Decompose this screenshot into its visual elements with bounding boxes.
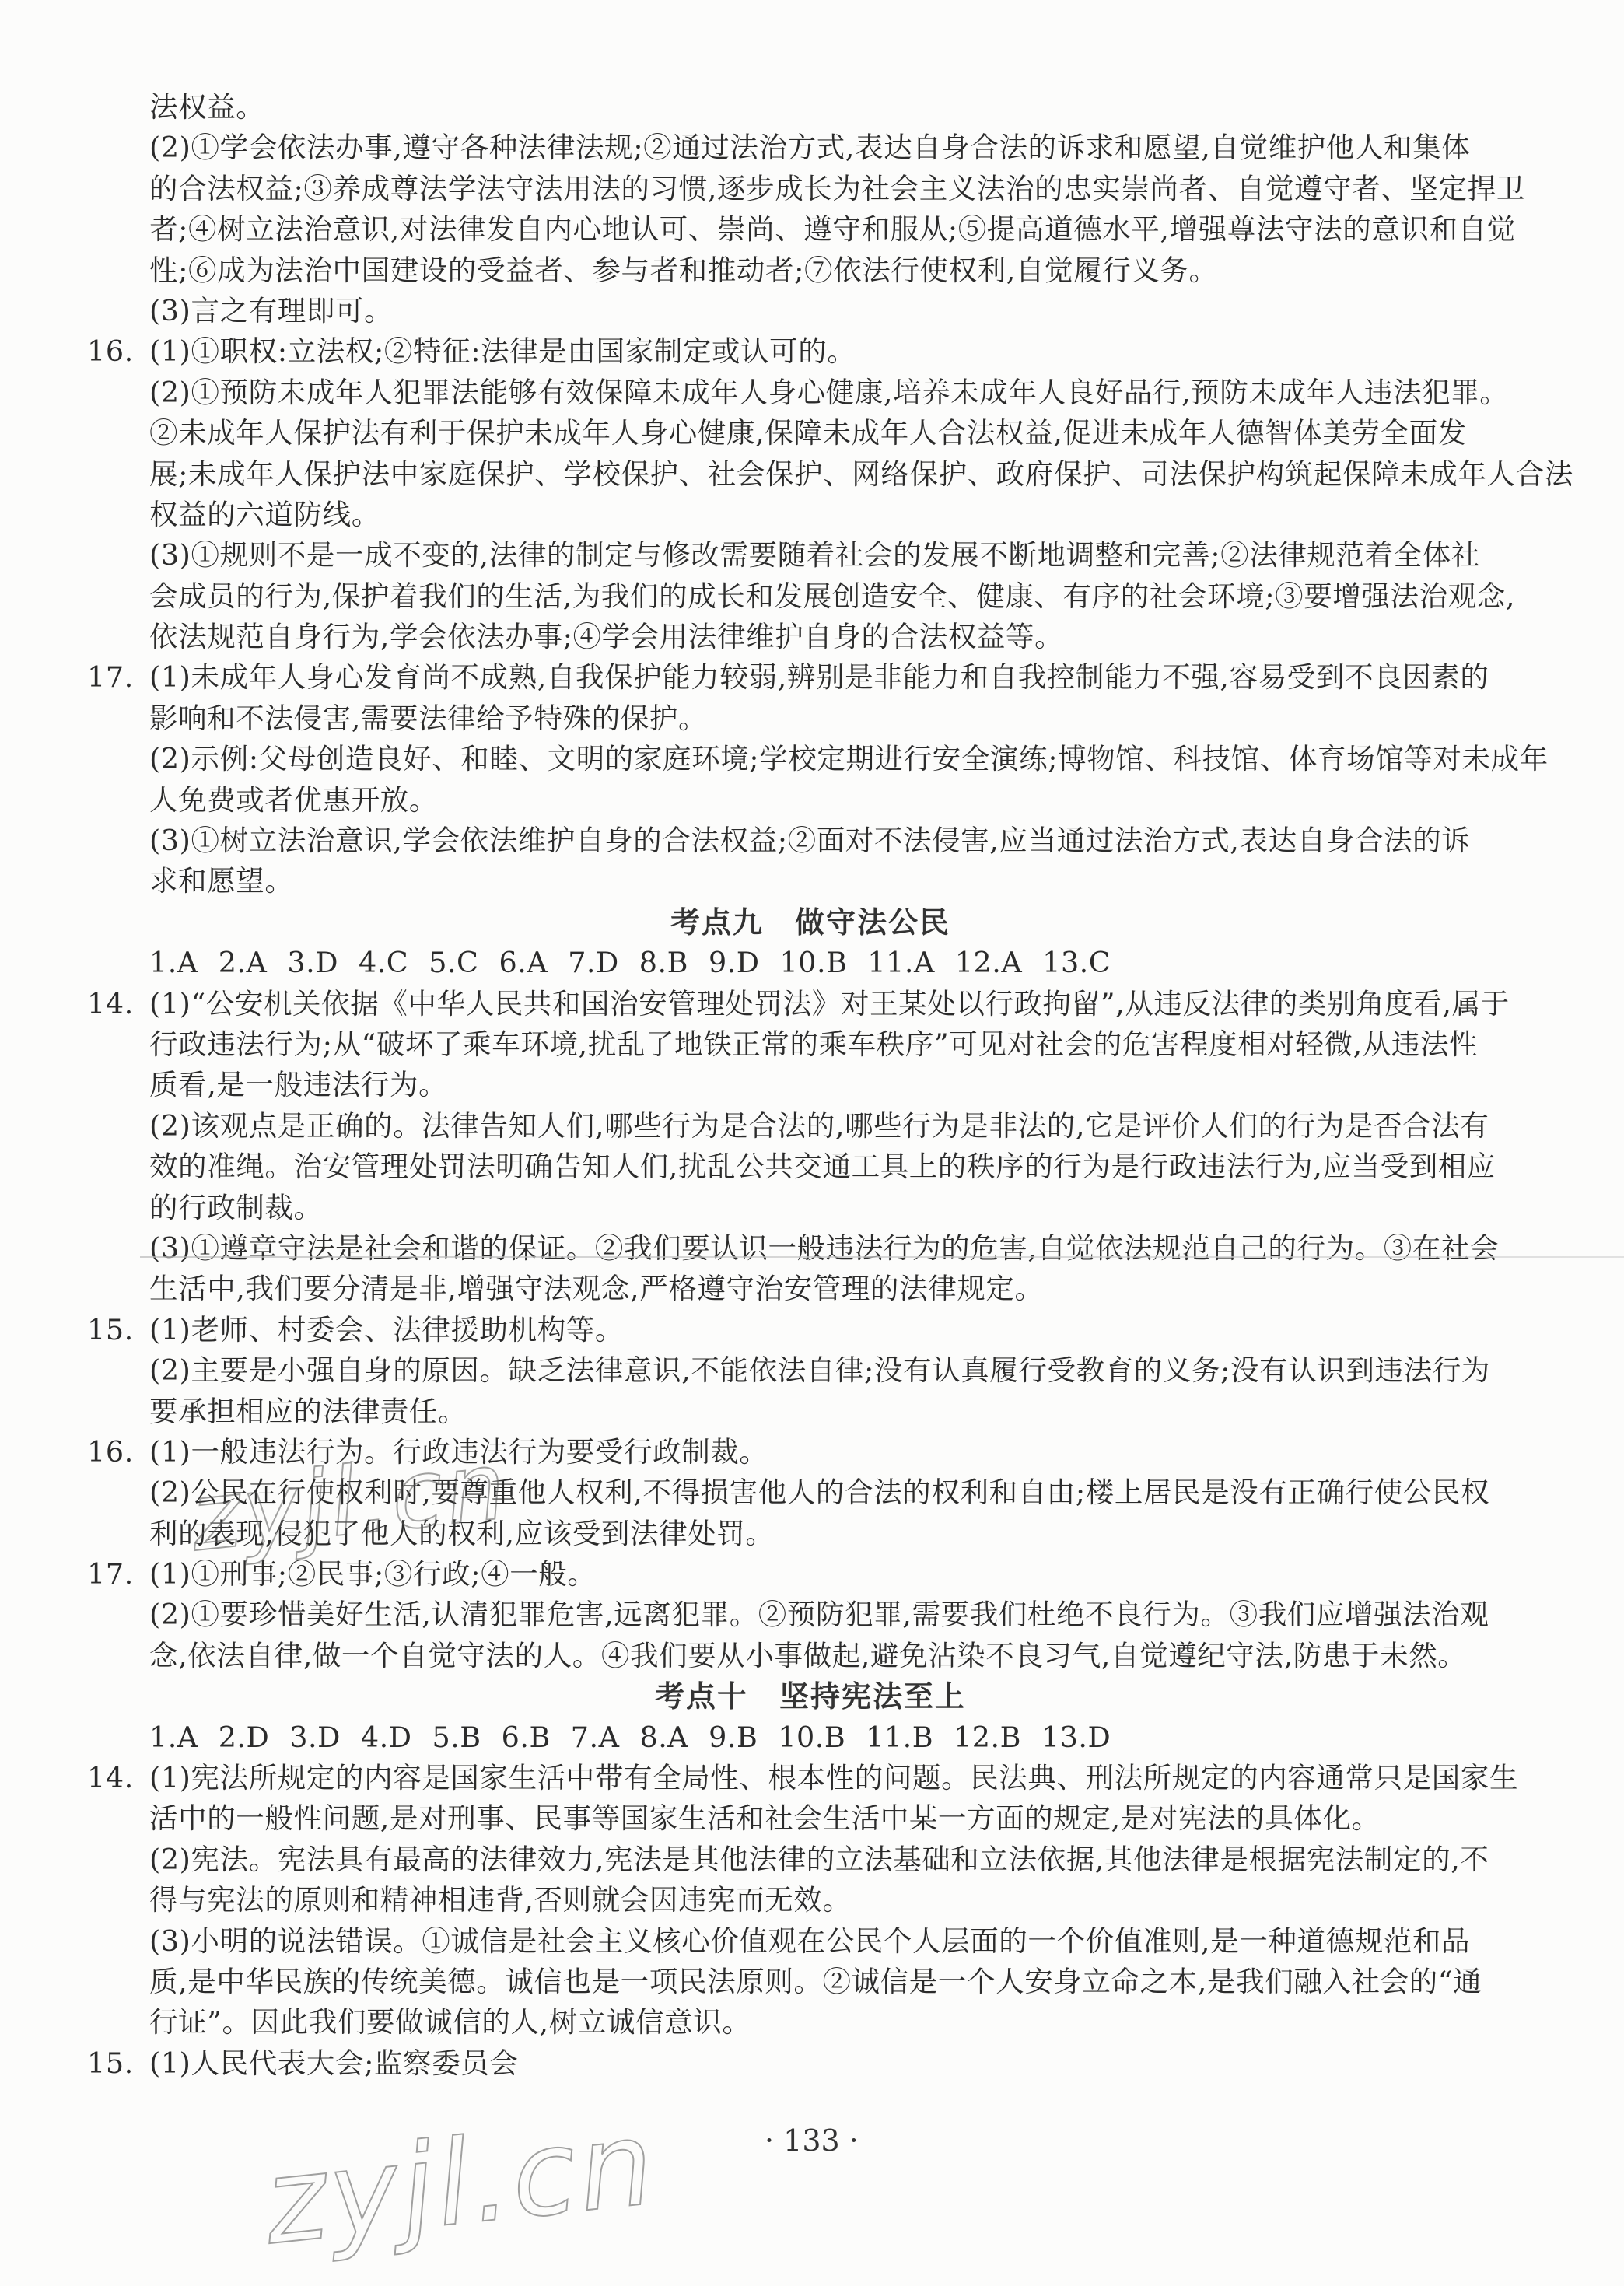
choice-answer: 10.B <box>780 946 848 979</box>
answer-text: (2)主要是小强自身的原因。缺乏法律意识,不能依法自律;没有认真履行受教育的义务… <box>149 1353 1490 1387</box>
scan-artifact-line <box>140 1256 1624 1258</box>
choice-answer: 11.B <box>866 1721 933 1754</box>
answer-text: 法权益。 <box>149 90 264 124</box>
question-number: 14. <box>87 1758 134 1798</box>
choice-answer: 10.B <box>778 1721 845 1754</box>
answer-line: 活中的一般性问题,是对刑事、民事等国家生活和社会生活中某一方面的规定,是对宪法的… <box>149 1798 1472 1839</box>
answer-text: (3)①遵章守法是社会和谐的保证。②我们要认识一般违法行为的危害,自觉依法规范自… <box>149 1231 1499 1265</box>
answer-line: ②未成年人保护法有利于保护未成年人身心健康,保障未成年人合法权益,促进未成年人德… <box>149 413 1472 453</box>
question-number: 16. <box>87 1432 134 1472</box>
answer-line: (2)①学会依法办事,遵守各种法律法规;②通过法治方式,表达自身合法的诉求和愿望… <box>149 128 1472 168</box>
answer-text: (1)①刑事;②民事;③行政;④一般。 <box>149 1557 597 1591</box>
answer-text: 生活中,我们要分清是非,增强守法观念,严格遵守治安管理的法律规定。 <box>149 1272 1044 1305</box>
watermark: zyjl.cn <box>258 2095 663 2271</box>
answer-line: 行政违法行为;从“破坏了乘车环境,扰乱了地铁正常的乘车秩序”可见对社会的危害程度… <box>149 1024 1472 1065</box>
answer-text: (3)①规则不是一成不变的,法律的制定与修改需要随着社会的发展不断地调整和完善;… <box>149 538 1480 572</box>
answer-line: (2)该观点是正确的。法律告知人们,哪些行为是合法的,哪些行为是非法的,它是评价… <box>149 1106 1472 1147</box>
answer-line: 依法规范自身行为,学会依法办事;④学会用法律维护自身的合法权益等。 <box>149 617 1472 657</box>
section-title: 做守法公民 <box>795 905 950 940</box>
answer-text: (3)言之有理即可。 <box>149 294 393 327</box>
answer-line: (3)①规则不是一成不变的,法律的制定与修改需要随着社会的发展不断地调整和完善;… <box>149 535 1472 576</box>
choice-answer: 1.A <box>149 946 198 979</box>
answer-text: (1)宪法所规定的内容是国家生活中带有全局性、根本性的问题。民法典、刑法所规定的… <box>149 1761 1518 1794</box>
answer-text: (1)老师、村委会、法律援助机构等。 <box>149 1313 624 1346</box>
answer-text: 权益的六道防线。 <box>149 498 380 531</box>
choice-answer: 5.C <box>429 946 478 979</box>
answer-line: 效的准绳。治安管理处罚法明确告知人们,扰乱公共交通工具上的秩序的行为是行政违法行… <box>149 1147 1472 1187</box>
answer-text: 念,依法自律,做一个自觉守法的人。④我们要从小事做起,避免沾染不良习气,自觉遵纪… <box>149 1639 1466 1672</box>
answer-text: 质,是中华民族的传统美德。诚信也是一项民法原则。②诚信是一个人安身立命之本,是我… <box>149 1965 1482 1998</box>
answer-text: (3)小明的说法错误。①诚信是社会主义核心价值观在公民个人层面的一个价值准则,是… <box>149 1924 1470 1958</box>
choice-answer: 12.B <box>954 1721 1021 1754</box>
answer-text: (3)①树立法治意识,学会依法维护自身的合法权益;②面对不法侵害,应当通过法治方… <box>149 824 1470 857</box>
answer-line: (2)示例:父母创造良好、和睦、文明的家庭环境;学校定期进行安全演练;博物馆、科… <box>149 739 1472 779</box>
answer-line: (2)①预防未成年人犯罪法能够有效保障未成年人身心健康,培养未成年人良好品行,预… <box>149 373 1472 413</box>
answer-line: 影响和不法侵害,需要法律给予特殊的保护。 <box>149 698 1472 739</box>
answer-line: 法权益。 <box>149 87 1472 128</box>
question-line: 17.(1)①刑事;②民事;③行政;④一般。 <box>149 1554 1472 1595</box>
answer-text: 展;未成年人保护法中家庭保护、学校保护、社会保护、网络保护、政府保护、司法保护构… <box>149 457 1573 491</box>
answer-text: 求和愿望。 <box>149 864 294 898</box>
answer-text: (2)①要珍惜美好生活,认清犯罪危害,远离犯罪。②预防犯罪,需要我们杜绝不良行为… <box>149 1598 1489 1631</box>
answer-text: 利的表现,侵犯了他人的权利,应该受到法律处罚。 <box>149 1517 775 1550</box>
answer-line: (3)言之有理即可。 <box>149 291 1472 331</box>
answer-text: 影响和不法侵害,需要法律给予特殊的保护。 <box>149 702 707 735</box>
answer-text: (2)宪法。宪法具有最高的法律效力,宪法是其他法律的立法基础和立法依据,其他法律… <box>149 1843 1489 1876</box>
answer-text: 人免费或者优惠开放。 <box>149 783 438 817</box>
answer-line: 会成员的行为,保护着我们的生活,为我们的成长和发展创造安全、健康、有序的社会环境… <box>149 576 1472 617</box>
answer-text: (2)示例:父母创造良好、和睦、文明的家庭环境;学校定期进行安全演练;博物馆、科… <box>149 742 1549 775</box>
choice-answer: 8.A <box>639 1721 688 1754</box>
answer-line: 者;④树立法治意识,对法律发自内心地认可、崇尚、遵守和服从;⑤提高道德水平,增强… <box>149 209 1472 250</box>
answer-line: 的合法权益;③养成尊法学法守法用法的习惯,逐步成长为社会主义法治的忠实崇尚者、自… <box>149 169 1472 209</box>
question-line: 17.(1)未成年人身心发育尚不成熟,自我保护能力较弱,辨别是非能力和自我控制能… <box>149 657 1472 698</box>
choice-answer: 7.A <box>571 1721 620 1754</box>
answer-line: (2)公民在行使权利时,要尊重他人权利,不得损害他人的合法的权利和自由;楼上居民… <box>149 1472 1472 1513</box>
answer-text: (1)未成年人身心发育尚不成熟,自我保护能力较弱,辨别是非能力和自我控制能力不强… <box>149 660 1489 694</box>
choice-answer: 1.A <box>149 1721 198 1754</box>
choice-answer: 11.A <box>867 946 934 979</box>
choice-answer: 2.A <box>219 946 268 979</box>
answer-text: 者;④树立法治意识,对法律发自内心地认可、崇尚、遵守和服从;⑤提高道德水平,增强… <box>149 212 1516 246</box>
answer-text: (1)一般违法行为。行政违法行为要受行政制裁。 <box>149 1435 768 1469</box>
answer-text: 得与宪法的原则和精神相违背,否则就会因违宪而无效。 <box>149 1883 852 1917</box>
answer-line: (3)①遵章守法是社会和谐的保证。②我们要认识一般违法行为的危害,自觉依法规范自… <box>149 1228 1472 1269</box>
choice-answer: 5.B <box>432 1721 481 1754</box>
page-number: · 133 · <box>765 2123 859 2158</box>
answer-line: 得与宪法的原则和精神相违背,否则就会因违宪而无效。 <box>149 1880 1472 1920</box>
section-heading: 考点十坚持宪法至上 <box>149 1676 1472 1717</box>
choice-answer: 12.A <box>955 946 1022 979</box>
answer-text: 效的准绳。治安管理处罚法明确告知人们,扰乱公共交通工具上的秩序的行为是行政违法行… <box>149 1150 1496 1183</box>
answer-line: 的行政制裁。 <box>149 1188 1472 1228</box>
question-number: 15. <box>87 1310 134 1350</box>
answer-line: 利的表现,侵犯了他人的权利,应该受到法律处罚。 <box>149 1514 1472 1554</box>
answer-text: (2)该观点是正确的。法律告知人们,哪些行为是合法的,哪些行为是非法的,它是评价… <box>149 1109 1489 1143</box>
answer-line: 性;⑥成为法治中国建设的受益者、参与者和推动者;⑦依法行使权利,自觉履行义务。 <box>149 250 1472 291</box>
answer-text: 行政违法行为;从“破坏了乘车环境,扰乱了地铁正常的乘车秩序”可见对社会的危害程度… <box>149 1027 1478 1061</box>
choice-answer: 2.D <box>219 1721 270 1754</box>
answer-line: (2)宪法。宪法具有最高的法律效力,宪法是其他法律的立法基础和立法依据,其他法律… <box>149 1840 1472 1880</box>
answer-text: 活中的一般性问题,是对刑事、民事等国家生活和社会生活中某一方面的规定,是对宪法的… <box>149 1801 1381 1835</box>
answer-text: 的合法权益;③养成尊法学法守法用法的习惯,逐步成长为社会主义法治的忠实崇尚者、自… <box>149 172 1525 205</box>
question-number: 16. <box>87 331 134 372</box>
answer-line: 展;未成年人保护法中家庭保护、学校保护、社会保护、网络保护、政府保护、司法保护构… <box>149 454 1472 495</box>
multiple-choice-answers: 1.A2.D3.D4.D5.B6.B7.A8.A9.B10.B11.B12.B1… <box>149 1717 1472 1758</box>
answer-line: 人免费或者优惠开放。 <box>149 780 1472 821</box>
choice-answer: 4.D <box>361 1721 412 1754</box>
answer-line: 行证”。因此我们要做诚信的人,树立诚信意识。 <box>149 2002 1472 2043</box>
section-label: 考点十 <box>655 1679 748 1714</box>
section-title: 坚持宪法至上 <box>779 1679 966 1714</box>
answer-line: 权益的六道防线。 <box>149 495 1472 535</box>
answer-line: 念,依法自律,做一个自觉守法的人。④我们要从小事做起,避免沾染不良习气,自觉遵纪… <box>149 1636 1472 1676</box>
answer-line: (2)主要是小强自身的原因。缺乏法律意识,不能依法自律;没有认真履行受教育的义务… <box>149 1350 1472 1391</box>
answer-text: (1)①职权:立法权;②特征:法律是由国家制定或认可的。 <box>149 334 856 368</box>
choice-answer: 9.B <box>709 1721 758 1754</box>
answer-line: 求和愿望。 <box>149 861 1472 901</box>
answer-text: ②未成年人保护法有利于保护未成年人身心健康,保障未成年人合法权益,促进未成年人德… <box>149 416 1467 450</box>
choice-answer: 9.D <box>709 946 760 979</box>
answer-line: 质看,是一般违法行为。 <box>149 1065 1472 1105</box>
answer-text: 要承担相应的法律责任。 <box>149 1395 467 1428</box>
document-page: 法权益。(2)①学会依法办事,遵守各种法律法规;②通过法治方式,表达自身合法的诉… <box>0 0 1624 2286</box>
question-number: 15. <box>87 2043 134 2084</box>
choice-answer: 8.B <box>639 946 688 979</box>
question-line: 15.(1)人民代表大会;监察委员会 <box>149 2043 1472 2084</box>
answer-text: 质看,是一般违法行为。 <box>149 1068 447 1101</box>
answer-text: 依法规范自身行为,学会依法办事;④学会用法律维护自身的合法权益等。 <box>149 620 1063 653</box>
choice-answer: 3.D <box>287 946 338 979</box>
question-line: 15.(1)老师、村委会、法律援助机构等。 <box>149 1310 1472 1350</box>
section-heading: 考点九做守法公民 <box>149 902 1472 943</box>
answer-key-content: 法权益。(2)①学会依法办事,遵守各种法律法规;②通过法治方式,表达自身合法的诉… <box>149 87 1472 2084</box>
answer-text: (2)①学会依法办事,遵守各种法律法规;②通过法治方式,表达自身合法的诉求和愿望… <box>149 131 1470 164</box>
answer-text: (2)公民在行使权利时,要尊重他人权利,不得损害他人的合法的权利和自由;楼上居民… <box>149 1476 1489 1509</box>
answer-line: (3)①树立法治意识,学会依法维护自身的合法权益;②面对不法侵害,应当通过法治方… <box>149 821 1472 861</box>
question-line: 16.(1)①职权:立法权;②特征:法律是由国家制定或认可的。 <box>149 331 1472 372</box>
answer-text: 会成员的行为,保护着我们的生活,为我们的成长和发展创造安全、健康、有序的社会环境… <box>149 579 1515 613</box>
choice-answer: 6.A <box>499 946 548 979</box>
answer-line: 质,是中华民族的传统美德。诚信也是一项民法原则。②诚信是一个人安身立命之本,是我… <box>149 1962 1472 2002</box>
question-number: 17. <box>87 1554 134 1595</box>
question-line: 14.(1)“公安机关依据《中华人民共和国治安管理处罚法》对王某处以行政拘留”,… <box>149 984 1472 1024</box>
answer-line: (2)①要珍惜美好生活,认清犯罪危害,远离犯罪。②预防犯罪,需要我们杜绝不良行为… <box>149 1595 1472 1635</box>
question-number: 17. <box>87 657 134 698</box>
section-label: 考点九 <box>670 905 764 940</box>
question-line: 16.(1)一般违法行为。行政违法行为要受行政制裁。 <box>149 1432 1472 1472</box>
question-number: 14. <box>87 984 134 1024</box>
question-line: 14.(1)宪法所规定的内容是国家生活中带有全局性、根本性的问题。民法典、刑法所… <box>149 1758 1472 1798</box>
answer-text: (1)“公安机关依据《中华人民共和国治安管理处罚法》对王某处以行政拘留”,从违反… <box>149 987 1510 1020</box>
choice-answer: 4.C <box>359 946 408 979</box>
answer-text: 行证”。因此我们要做诚信的人,树立诚信意识。 <box>149 2005 751 2039</box>
answer-line: (3)小明的说法错误。①诚信是社会主义核心价值观在公民个人层面的一个价值准则,是… <box>149 1921 1472 1962</box>
answer-text: 性;⑥成为法治中国建设的受益者、参与者和推动者;⑦依法行使权利,自觉履行义务。 <box>149 254 1218 287</box>
answer-line: 要承担相应的法律责任。 <box>149 1392 1472 1432</box>
multiple-choice-answers: 1.A2.A3.D4.C5.C6.A7.D8.B9.D10.B11.A12.A1… <box>149 943 1472 983</box>
choice-answer: 7.D <box>568 946 619 979</box>
answer-text: 的行政制裁。 <box>149 1191 323 1224</box>
choice-answer: 6.B <box>502 1721 551 1754</box>
choice-answer: 3.D <box>289 1721 341 1754</box>
answer-text: (1)人民代表大会;监察委员会 <box>149 2046 519 2080</box>
answer-text: (2)①预防未成年人犯罪法能够有效保障未成年人身心健康,培养未成年人良好品行,预… <box>149 376 1508 409</box>
choice-answer: 13.C <box>1042 946 1111 979</box>
choice-answer: 13.D <box>1041 1721 1111 1754</box>
answer-line: 生活中,我们要分清是非,增强守法观念,严格遵守治安管理的法律规定。 <box>149 1269 1472 1309</box>
